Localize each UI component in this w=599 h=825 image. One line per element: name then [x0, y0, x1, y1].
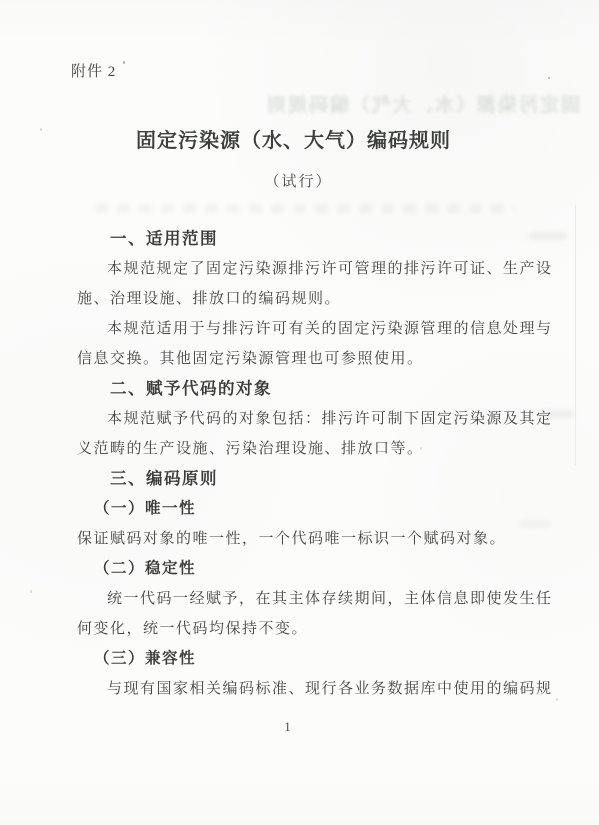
paragraph-line: 施、治理设施、排放口的编码规则。 — [77, 284, 532, 314]
bleed-through-smudge-row — [95, 204, 515, 213]
paragraph-line: 本规范规定了固定污染源排污许可管理的排污许可证、生产设 — [77, 254, 532, 284]
sub-heading-2: （二）稳定性 — [77, 554, 532, 584]
sub-heading-3: （三）兼容性 — [77, 644, 532, 674]
section-heading-2: 二、赋予代码的对象 — [77, 374, 532, 404]
document-body: 一、适用范围 本规范规定了固定污染源排污许可管理的排污许可证、生产设 施、治理设… — [77, 224, 532, 704]
sub-heading-1: （一）唯一性 — [77, 494, 532, 524]
scan-streak — [575, 205, 576, 465]
paragraph-line: 义范畴的生产设施、污染治理设施、排放口等。 — [77, 434, 532, 464]
paragraph-line: 本规范赋予代码的对象包括：排污许可制下固定污染源及其定 — [77, 404, 532, 434]
scan-speck — [548, 77, 550, 79]
paragraph-line: 与现有国家相关编码标准、现行各业务数据库中使用的编码规 — [77, 674, 532, 704]
page-number: 1 — [0, 719, 587, 735]
paragraph-line: 本规范适用于与排污许可有关的固定污染源管理的信息处理与 — [77, 314, 532, 344]
document-subtitle: （试行） — [0, 170, 598, 191]
paragraph-line: 统一代码一经赋予，在其主体存续期间，主体信息即使发生任 — [77, 584, 532, 614]
paragraph-line: 信息交换。其他固定污染源管理也可参照使用。 — [77, 344, 532, 374]
scan-speck — [123, 61, 125, 64]
scan-smudge — [528, 232, 568, 240]
scan-speck — [30, 590, 32, 593]
document-title: 固定污染源（水、大气）编码规则 — [0, 124, 593, 153]
attachment-label: 附件 2 — [71, 60, 116, 81]
bleed-through-text: 固定污染源（水、大气）编码规则 — [245, 90, 580, 122]
section-heading-1: 一、适用范围 — [77, 224, 532, 254]
section-heading-3: 三、编码原则 — [77, 464, 532, 494]
document-page: 固定污染源（水、大气）编码规则 附件 2 固定污染源（水、大气）编码规则 （试行… — [0, 0, 599, 825]
paragraph-line: 何变化，统一代码均保持不变。 — [77, 614, 532, 644]
scan-speck — [556, 698, 558, 701]
paragraph-line: 保证赋码对象的唯一性，一个代码唯一标识一个赋码对象。 — [77, 524, 532, 554]
